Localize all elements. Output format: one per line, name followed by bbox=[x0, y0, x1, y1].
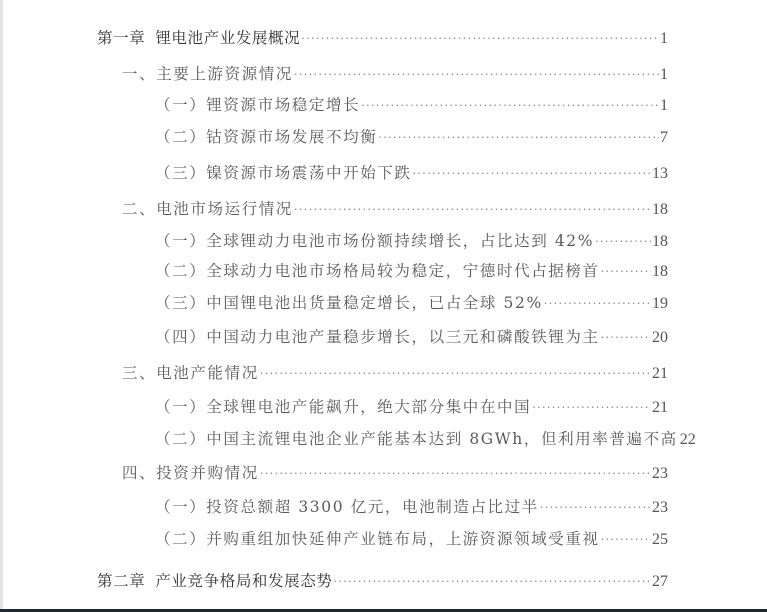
page-number: 25 bbox=[652, 529, 668, 551]
page-number: 13 bbox=[652, 163, 668, 185]
dot-leader: ········································… bbox=[378, 127, 659, 149]
toc-title: 三、电池产能情况 bbox=[122, 362, 259, 384]
dot-leader: ········································… bbox=[601, 261, 651, 283]
toc-title: 第二章产业竞争格局和发展态势 bbox=[97, 570, 332, 592]
toc-title: 第一章锂电池产业发展概况 bbox=[97, 27, 300, 49]
page-number: 1 bbox=[660, 64, 668, 86]
toc-subsection-4-1[interactable]: （一）投资总额超 3300 亿元，电池制造占比过半 ··············… bbox=[155, 496, 668, 518]
toc-title: （一）全球锂电池产能飙升，绝大部分集中在中国 bbox=[155, 396, 531, 418]
toc-subsection-2-3[interactable]: （三）中国锂电池出货量稳定增长，已占全球 52% ···············… bbox=[155, 292, 668, 314]
dot-leader: ········································… bbox=[294, 64, 659, 86]
toc-title: （二）钴资源市场发展不均衡 bbox=[155, 126, 377, 148]
toc-title: （二）中国主流锂电池企业产能基本达到 8GWh，但利用率普遍不高 bbox=[155, 428, 678, 450]
dot-leader: ········································… bbox=[260, 463, 651, 485]
toc-page: 第一章锂电池产业发展概况 ···························… bbox=[3, 0, 767, 609]
page-number: 19 bbox=[652, 293, 668, 315]
chapter-title: 锂电池产业发展概况 bbox=[155, 29, 300, 47]
dot-leader: ········································… bbox=[601, 327, 651, 349]
toc-section-3[interactable]: 三、电池产能情况 ·······························… bbox=[122, 362, 668, 384]
page-number: 21 bbox=[652, 397, 668, 419]
toc-section-4[interactable]: 四、投资并购情况 ·······························… bbox=[122, 462, 668, 484]
toc-chapter-2[interactable]: 第二章产业竞争格局和发展态势 ·························… bbox=[97, 570, 668, 592]
dot-leader: ········································… bbox=[601, 529, 651, 551]
toc-section-2[interactable]: 二、电池市场运行情况 ·····························… bbox=[122, 198, 668, 220]
dot-leader: ········································… bbox=[544, 293, 651, 315]
toc-chapter-1[interactable]: 第一章锂电池产业发展概况 ···························… bbox=[97, 27, 668, 49]
page-number: 22 bbox=[680, 429, 696, 451]
toc-subsection-1-3[interactable]: （三）镍资源市场震荡中开始下跌 ························… bbox=[155, 162, 668, 184]
page-number: 1 bbox=[660, 95, 668, 117]
page-number: 18 bbox=[652, 231, 668, 253]
toc-title: （二）全球动力电池市场格局较为稳定，宁德时代占据榜首 bbox=[155, 260, 600, 282]
dot-leader: ········································… bbox=[333, 571, 651, 593]
toc-title: （三）镍资源市场震荡中开始下跌 bbox=[155, 162, 412, 184]
toc-section-1[interactable]: 一、主要上游资源情况 ·····························… bbox=[122, 63, 668, 85]
chapter-number: 第一章 bbox=[97, 29, 145, 47]
toc-subsection-3-1[interactable]: （一）全球锂电池产能飙升，绝大部分集中在中国 ·················… bbox=[155, 396, 668, 418]
dot-leader: ········································… bbox=[413, 163, 651, 185]
dot-leader: ········································… bbox=[294, 199, 651, 221]
page-number: 20 bbox=[652, 327, 668, 349]
chapter-number: 第二章 bbox=[97, 572, 145, 590]
page-number: 1 bbox=[660, 28, 668, 50]
toc-title: （一）全球锂动力电池市场份额持续增长，占比达到 42% bbox=[155, 230, 594, 252]
toc-subsection-2-2[interactable]: （二）全球动力电池市场格局较为稳定，宁德时代占据榜首 ·············… bbox=[155, 260, 668, 282]
page-number: 23 bbox=[652, 497, 668, 519]
toc-subsection-1-2[interactable]: （二）钴资源市场发展不均衡 ··························… bbox=[155, 126, 668, 148]
toc-subsection-2-4[interactable]: （四）中国动力电池产量稳步增长，以三元和磷酸铁锂为主 ·············… bbox=[155, 326, 668, 348]
dot-leader: ········································… bbox=[540, 497, 651, 519]
toc-title: 四、投资并购情况 bbox=[122, 462, 259, 484]
page-number: 21 bbox=[652, 363, 668, 385]
toc-title: （四）中国动力电池产量稳步增长，以三元和磷酸铁锂为主 bbox=[155, 326, 600, 348]
dot-leader: ········································… bbox=[532, 397, 651, 419]
page-number: 7 bbox=[660, 127, 668, 149]
page-number: 18 bbox=[652, 199, 668, 221]
dot-leader: ········································… bbox=[595, 231, 651, 253]
dot-leader: ········································… bbox=[301, 28, 659, 50]
toc-title: （一）锂资源市场稳定增长 bbox=[155, 94, 360, 116]
dot-leader: ········································… bbox=[361, 95, 659, 117]
page-number: 23 bbox=[652, 463, 668, 485]
toc-subsection-3-2[interactable]: （二）中国主流锂电池企业产能基本达到 8GWh，但利用率普遍不高 ·······… bbox=[155, 428, 668, 450]
toc-title: 一、主要上游资源情况 bbox=[122, 63, 293, 85]
page-number: 18 bbox=[652, 261, 668, 283]
toc-subsection-4-2[interactable]: （二）并购重组加快延伸产业链布局，上游资源领域受重视 ·············… bbox=[155, 528, 668, 550]
toc-subsection-2-1[interactable]: （一）全球锂动力电池市场份额持续增长，占比达到 42% ············… bbox=[155, 230, 668, 252]
chapter-title: 产业竞争格局和发展态势 bbox=[155, 572, 332, 590]
toc-title: （一）投资总额超 3300 亿元，电池制造占比过半 bbox=[155, 496, 539, 518]
toc-title: （三）中国锂电池出货量稳定增长，已占全球 52% bbox=[155, 292, 543, 314]
dot-leader: ········································… bbox=[260, 363, 651, 385]
toc-subsection-1-1[interactable]: （一）锂资源市场稳定增长 ···························… bbox=[155, 94, 668, 116]
page-number: 27 bbox=[652, 571, 668, 593]
toc-title: 二、电池市场运行情况 bbox=[122, 198, 293, 220]
toc-title: （二）并购重组加快延伸产业链布局，上游资源领域受重视 bbox=[155, 528, 600, 550]
